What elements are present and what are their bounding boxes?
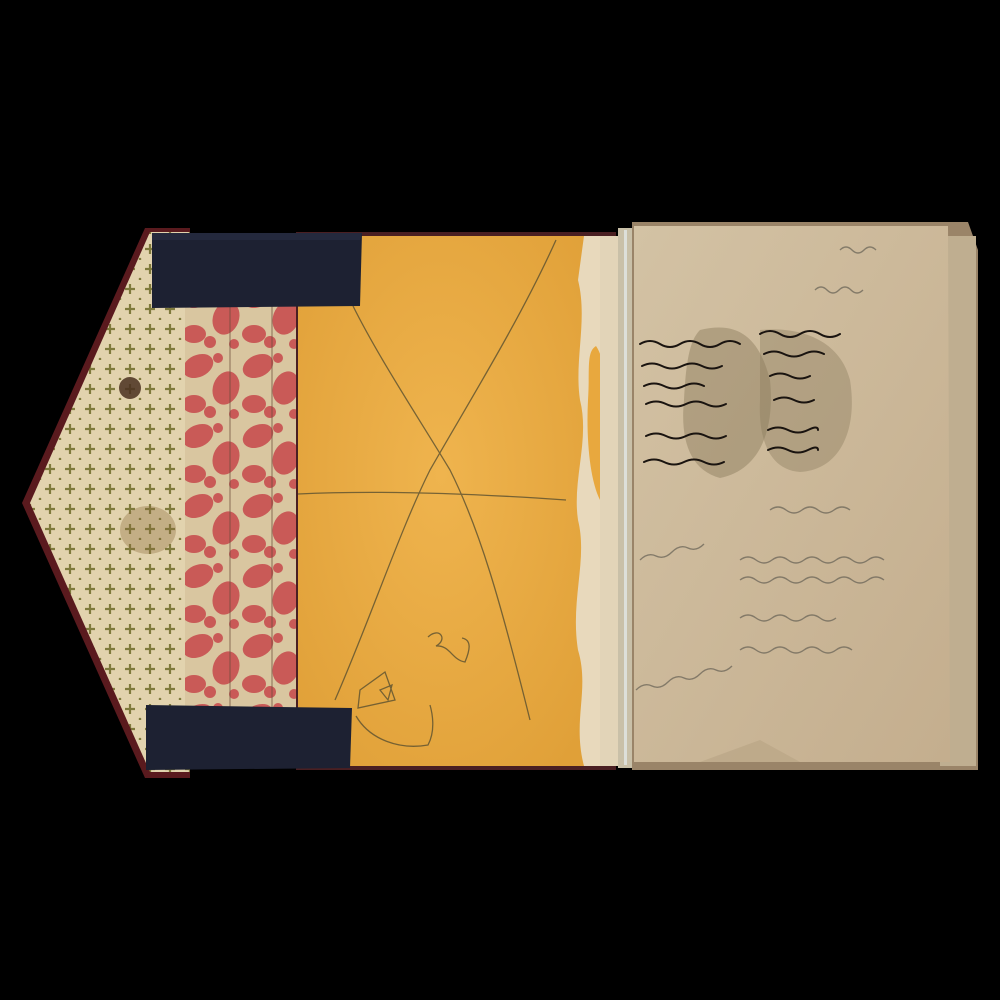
inner-cover [296,232,620,770]
book-photo [0,0,1000,1000]
fabric-tape-top [152,233,362,308]
manuscript-page [632,222,978,770]
fabric-tape-bottom [146,705,352,770]
spine-damask-fabric [185,300,297,710]
